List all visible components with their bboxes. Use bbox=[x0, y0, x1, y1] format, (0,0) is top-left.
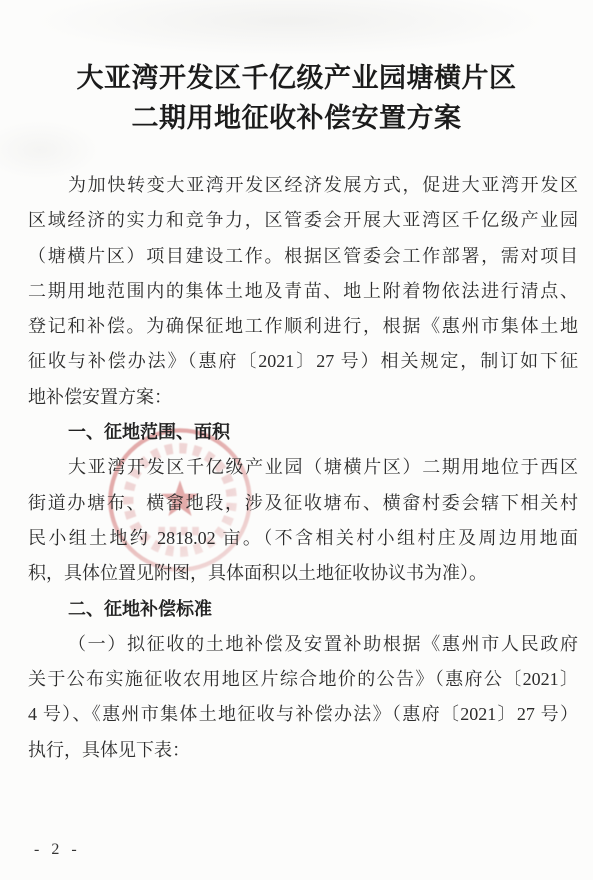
text-line: 征收与补偿办法》（惠府〔2021〕27 号）相关规定，制订如下征 bbox=[28, 344, 578, 379]
scanned-document-page: 大亚湾开发区千亿级产业园塘横片区 二期用地征收补偿安置方案 为加快转变大亚湾开发… bbox=[0, 0, 593, 880]
text-line: 关于公布实施征收农用地区片综合地价的公告》（惠府公〔2021〕 bbox=[28, 662, 578, 697]
document-title: 大亚湾开发区千亿级产业园塘横片区 二期用地征收补偿安置方案 bbox=[0, 58, 593, 138]
text-line: 4 号）、《惠州市集体土地征收与补偿办法》（惠府〔2021〕27 号） bbox=[28, 697, 578, 732]
section-heading-1: 一、征地范围、面积 bbox=[28, 415, 578, 450]
text-line: （一）拟征收的土地补偿及安置补助根据《惠州市人民政府 bbox=[28, 627, 578, 662]
text-line: 执行，具体见下表： bbox=[28, 733, 578, 768]
text-line: 民小组土地约 2818.02 亩。（不含相关村小组村庄及周边用地面 bbox=[28, 521, 578, 556]
text-line: （塘横片区）项目建设工作。根据区管委会工作部署，需对项目 bbox=[28, 239, 578, 274]
text-line: 二期用地范围内的集体土地及青苗、地上附着物依法进行清点、 bbox=[28, 274, 578, 309]
section-heading-2: 二、征地补偿标准 bbox=[28, 592, 578, 627]
page-number: - 2 - bbox=[34, 841, 81, 859]
text-line: 登记和补偿。为确保征地工作顺利进行，根据《惠州市集体土地 bbox=[28, 309, 578, 344]
text-line: 为加快转变大亚湾开发区经济发展方式，促进大亚湾开发区 bbox=[28, 168, 578, 203]
text-line: 街道办塘布、横畲地段，涉及征收塘布、横畲村委会辖下相关村 bbox=[28, 486, 578, 521]
text-line: 积，具体位置见附图，具体面积以土地征收协议书为准）。 bbox=[28, 556, 578, 591]
document-body: 为加快转变大亚湾开发区经济发展方式，促进大亚湾开发区 区域经济的实力和竞争力，区… bbox=[28, 168, 578, 768]
scan-artifact bbox=[30, 0, 550, 56]
text-line: 地补偿安置方案： bbox=[28, 380, 578, 415]
title-line-1: 大亚湾开发区千亿级产业园塘横片区 bbox=[0, 58, 593, 98]
text-line: 区域经济的实力和竞争力，区管委会开展大亚湾区千亿级产业园 bbox=[28, 203, 578, 238]
text-line: 大亚湾开发区千亿级产业园（塘横片区）二期用地位于西区 bbox=[28, 450, 578, 485]
title-line-2: 二期用地征收补偿安置方案 bbox=[0, 98, 593, 138]
